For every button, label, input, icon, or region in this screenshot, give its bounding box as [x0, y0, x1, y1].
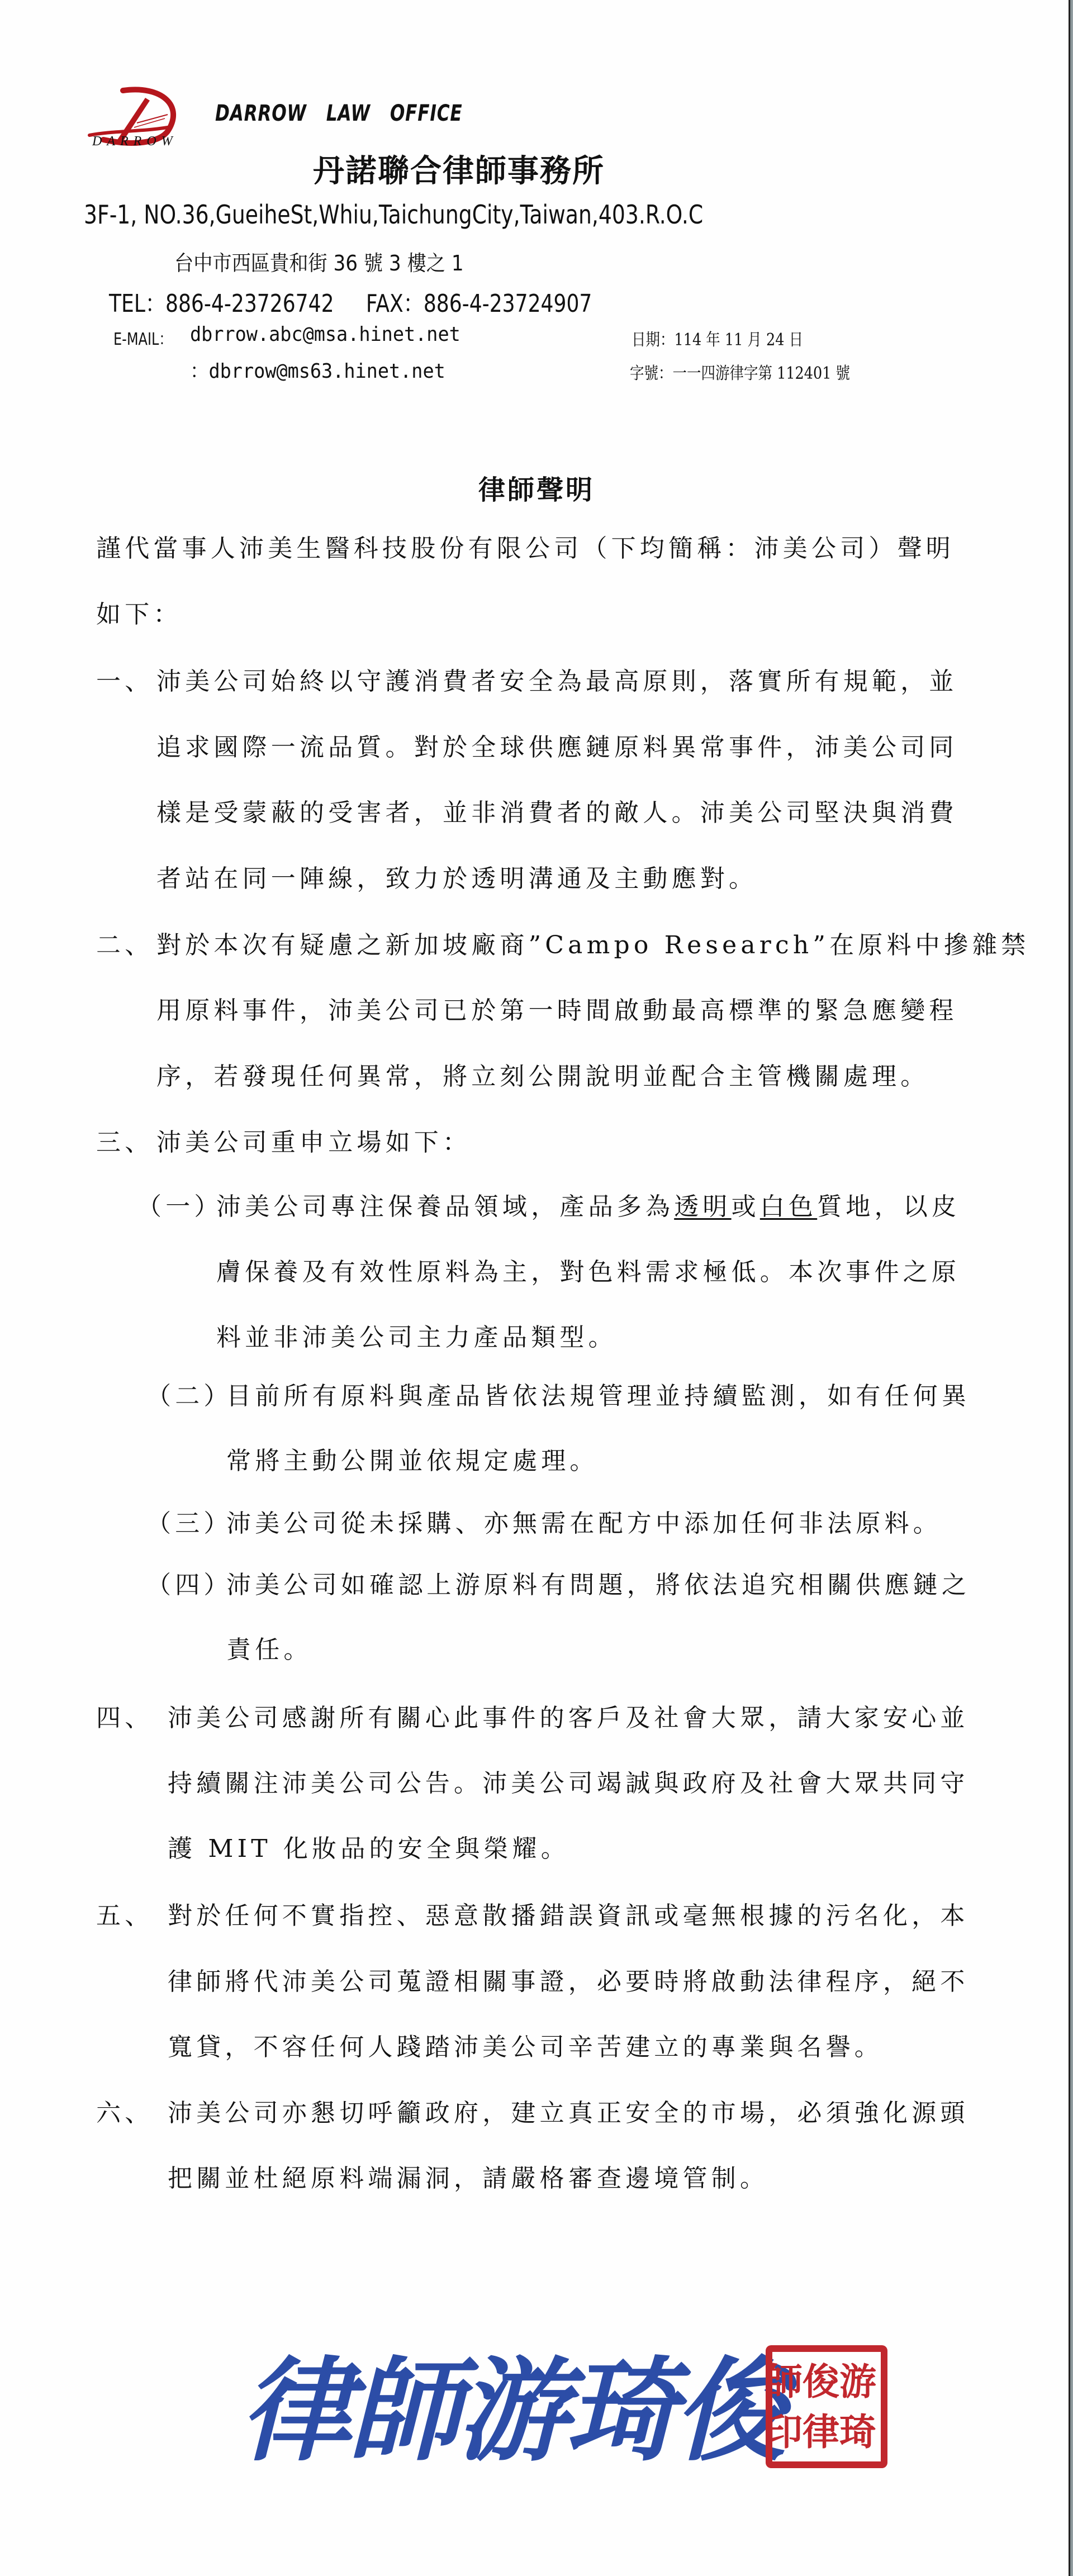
subsection-marker: （二） [146, 1376, 232, 1411]
fax-number: 886-4-23724907 [424, 289, 592, 318]
section-line: 序，若發現任何異常，將立刻公開說明並配合主管機關處理。 [156, 1056, 929, 1092]
section-line: 對於本次有疑慮之新加坡廠商”Campo Research”在原料中摻雜禁 [156, 925, 1029, 961]
subsection-marker: （三） [146, 1503, 232, 1539]
subsection-line: 沛美公司如確認上游原料有問題，將依法追究相關供應鏈之 [226, 1565, 970, 1600]
tel-fax-line: TEL：886-4-23726742FAX：886-4-23724907 [109, 283, 592, 319]
subsection-marker: （一） [137, 1186, 223, 1222]
section-line: 追求國際一流品質。對於全球供應鏈原料異常事件，沛美公司同 [156, 727, 958, 763]
address-en: 3F-1, NO.36,GueiheSt,Whiu,TaichungCity,T… [84, 199, 703, 230]
section-marker: 五、 [96, 1895, 153, 1931]
section-marker: 四、 [96, 1698, 153, 1733]
section-line: 用原料事件，沛美公司已於第一時間啟動最高標準的緊急應變程 [156, 990, 958, 1026]
subsection-line: 料並非沛美公司主力產品類型。 [216, 1317, 617, 1353]
seal-char: 師 [766, 2356, 803, 2407]
underlined-transparent: 透明 [674, 1192, 731, 1221]
firm-name-zh: 丹諾聯合律師事務所 [313, 146, 605, 191]
section-marker: 二、 [96, 925, 153, 961]
text-segment: 沛美公司專注保養品領域，產品多為 [216, 1192, 674, 1221]
text-segment: 或 [732, 1192, 760, 1221]
seal-char: 俊 [803, 2356, 839, 2407]
section-line: 沛美公司重申立場如下： [156, 1122, 471, 1158]
seal-stamp-icon: 游 俊 師 琦 律 印 [766, 2345, 887, 2468]
intro-line-2: 如下： [96, 594, 182, 630]
ref-label: 字號： [630, 364, 673, 383]
subsection-marker: （四） [146, 1565, 232, 1600]
section-line: 把關並杜絕原料端漏洞，請嚴格審查邊境管制。 [168, 2158, 768, 2194]
scan-edge-line [1069, 0, 1073, 2576]
section-line: 對於任何不實指控、惡意散播錯誤資訊或毫無根據的污名化，本 [168, 1895, 969, 1931]
section-marker: 三、 [96, 1122, 153, 1158]
underlined-white: 白色 [760, 1192, 817, 1221]
seal-char: 琦 [839, 2407, 876, 2457]
email-label: E-MAIL： [113, 325, 172, 350]
handwritten-signature: 律師游琦俊 [240, 2344, 782, 2478]
fax-label: FAX： [366, 289, 424, 318]
document-title: 律師聲明 [0, 468, 1073, 507]
tel-number: 886-4-23726742 [165, 289, 334, 318]
section-line: 持續關注沛美公司公告。沛美公司竭誠與政府及社會大眾共同守 [168, 1763, 969, 1799]
address-zh: 台中市西區貴和街 36 號 3 樓之 1 [174, 246, 464, 277]
seal-characters: 游 俊 師 琦 律 印 [777, 2356, 876, 2457]
section-line: 者站在同一陣線，致力於透明溝通及主動應對。 [156, 858, 757, 894]
tel-label: TEL： [109, 289, 165, 318]
date-label: 日期： [632, 330, 675, 350]
document-date: 日期：114 年 11 月 24 日 [632, 326, 803, 350]
section-line: 寬貸，不容任何人踐踏沛美公司辛苦建立的專業與名譽。 [168, 2027, 883, 2062]
intro-line-1: 謹代當事人沛美生醫科技股份有限公司（下均簡稱：沛美公司）聲明 [96, 528, 955, 564]
email-secondary: ：dbrrow@ms63.hinet.net [190, 355, 445, 384]
ref-value: 一一四游律字第 112401 號 [673, 364, 851, 383]
section-marker: 一、 [96, 661, 153, 697]
subsection-line: 膚保養及有效性原料為主，對色料需求極低。本次事件之原 [216, 1252, 960, 1287]
subsection-line: 常將主動公開並依規定處理。 [226, 1441, 599, 1476]
section-line: 律師將代沛美公司蒐證相關事證，必要時將啟動法律程序，絕不 [168, 1961, 969, 1997]
section-line: 沛美公司感謝所有關心此事件的客戶及社會大眾，請大家安心並 [168, 1698, 969, 1733]
subsection-line: 目前所有原料與產品皆依法規管理並持續監測，如有任何異 [226, 1376, 970, 1411]
email-primary: dbrrow.abc@msa.hinet.net [190, 323, 460, 346]
subsection-line: 沛美公司從未採購、亦無需在配方中添加任何非法原料。 [226, 1503, 942, 1539]
date-value: 114 年 11 月 24 日 [675, 330, 804, 350]
scanned-page: DARROW DARROW LAW OFFICE 丹諾聯合律師事務所 3F-1,… [0, 0, 1073, 2576]
seal-char: 游 [839, 2356, 876, 2407]
seal-char: 律 [803, 2407, 839, 2457]
section-line: 沛美公司始終以守護消費者安全為最高原則，落實所有規範，並 [156, 661, 958, 697]
section-line: 樣是受蒙蔽的受害者，並非消費者的敵人。沛美公司堅決與消費 [156, 792, 958, 828]
logo-wordmark: DARROW [92, 134, 178, 149]
section-marker: 六、 [96, 2093, 153, 2128]
seal-char: 印 [766, 2407, 803, 2457]
section-line: 護 MIT 化妝品的安全與榮耀。 [168, 1828, 569, 1864]
text-segment: 質地，以皮 [817, 1192, 960, 1221]
subsection-line: 責任。 [226, 1629, 312, 1665]
firm-name-en: DARROW LAW OFFICE [215, 101, 463, 126]
document-reference: 字號：一一四游律字第 112401 號 [630, 359, 850, 384]
section-line: 沛美公司亦懇切呼籲政府，建立真正安全的市場，必須強化源頭 [168, 2093, 969, 2128]
subsection-line-with-underlines: 沛美公司專注保養品領域，產品多為透明或白色質地，以皮 [216, 1186, 960, 1222]
